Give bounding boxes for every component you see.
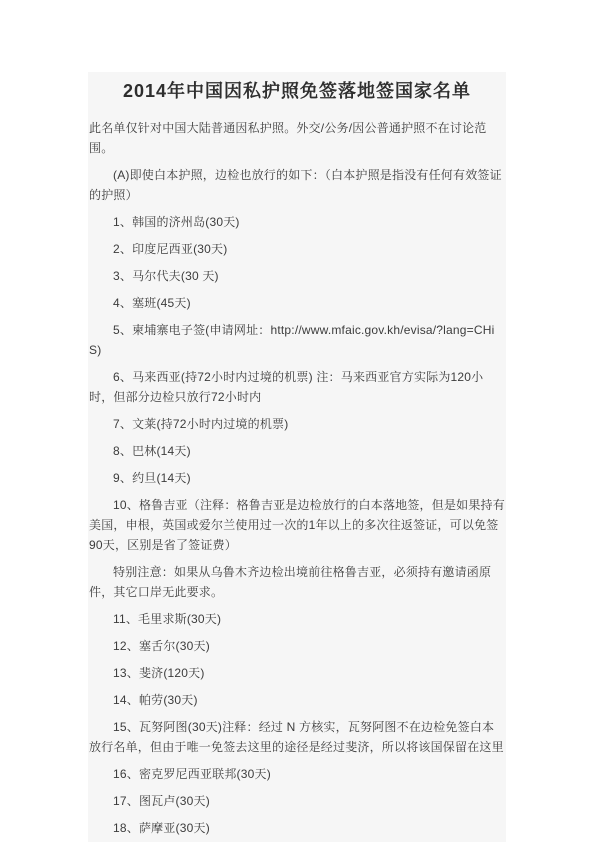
list-item-12: 12、塞舌尔(30天) — [89, 636, 505, 656]
list-item-7: 7、文莱(持72小时内过境的机票) — [89, 414, 505, 434]
list-item-10: 10、格鲁吉亚（注释：格鲁吉亚是边检放行的白本落地签，但是如果持有美国，申根，英… — [89, 495, 505, 555]
intro-note: 此名单仅针对中国大陆普通因私护照。外交/公务/因公普通护照不在讨论范围。 — [89, 118, 505, 158]
section-a-heading: (A)即使白本护照，边检也放行的如下：（白本护照是指没有任何有效签证的护照） — [89, 165, 505, 205]
list-item-6: 6、马来西亚(持72小时内过境的机票) 注：马来西亚官方实际为120小时，但部分… — [89, 367, 505, 407]
list-item-5: 5、柬埔寨电子签(申请网址：http://www.mfaic.gov.kh/ev… — [89, 320, 505, 360]
list-item-13: 13、斐济(120天) — [89, 663, 505, 683]
list-item-18: 18、萨摩亚(30天) — [89, 818, 505, 838]
special-note: 特别注意：如果从乌鲁木齐边检出境前往格鲁吉亚，必须持有邀请函原件，其它口岸无此要… — [89, 562, 505, 602]
list-item-3: 3、马尔代夫(30 天) — [89, 266, 505, 286]
list-item-9: 9、约旦(14天) — [89, 468, 505, 488]
list-item-2: 2、印度尼西亚(30天) — [89, 239, 505, 259]
list-item-1: 1、韩国的济州岛(30天) — [89, 212, 505, 232]
list-item-11: 11、毛里求斯(30天) — [89, 609, 505, 629]
list-item-15: 15、瓦努阿图(30天)注释：经过 N 方核实，瓦努阿图不在边检免签白本放行名单… — [89, 717, 505, 757]
document-page: 2014年中国因私护照免签落地签国家名单 此名单仅针对中国大陆普通因私护照。外交… — [0, 0, 595, 842]
list-item-17: 17、图瓦卢(30天) — [89, 791, 505, 811]
document-title: 2014年中国因私护照免签落地签国家名单 — [89, 78, 505, 104]
list-item-14: 14、帕劳(30天) — [89, 690, 505, 710]
list-item-8: 8、巴林(14天) — [89, 441, 505, 461]
document-sheet: 2014年中国因私护照免签落地签国家名单 此名单仅针对中国大陆普通因私护照。外交… — [88, 72, 506, 842]
list-item-4: 4、塞班(45天) — [89, 293, 505, 313]
list-item-16: 16、密克罗尼西亚联邦(30天) — [89, 764, 505, 784]
